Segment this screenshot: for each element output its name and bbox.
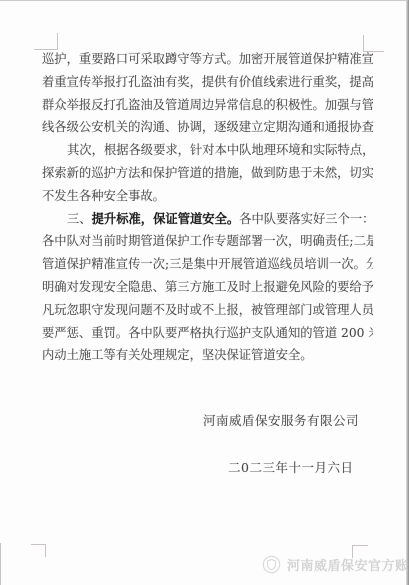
body-text-line: 群众举报反打孔盗油及管道周边异常信息的积极性。加强与管道沿	[42, 94, 373, 117]
signature-date: 二0二三年十一月六日	[228, 458, 353, 476]
signature-company: 河南威盾保安服务有限公司	[203, 411, 359, 429]
page-edge-top	[0, 0, 409, 1]
section-heading-rest: 各中队要落实好三个一：一是	[239, 212, 373, 226]
shield-logo-icon	[262, 555, 281, 574]
document-body: 巡护，重要路口可采取蹲守等方式。加密开展管道保护精准宣传， 着重宣传举报打孔盗油…	[42, 48, 373, 367]
body-text-line: 着重宣传举报打孔盗油有奖，提供有价值线索进行重奖，提高沿线	[42, 71, 373, 94]
official-account-watermark: 河南威盾保安官方账号	[262, 555, 409, 574]
section-heading-bold: 提升标准，保证管道安全。	[92, 212, 240, 226]
body-text-line: 不发生各种安全事故。	[42, 185, 373, 208]
body-text-line: 内动土施工等有关处理规定，坚决保证管道安全。	[42, 344, 373, 367]
body-text-line: 线各级公安机关的沟通、协调，逐级建立定期沟通和通报协查机制。	[42, 116, 373, 139]
body-text-line: 明确对发现安全隐患、第三方施工及时上报避免风险的要给予重奖，	[42, 276, 373, 299]
section-heading-line: 三、提升标准，保证管道安全。各中队要落实好三个一：一是	[42, 208, 373, 231]
body-text-line: 其次，根据各级要求，针对本中队地理环境和实际特点，积极	[42, 139, 373, 162]
corner-mark-bottom-left	[31, 544, 46, 557]
body-text-line: 探索新的巡护方法和保护管道的措施，做到防患于未然，切实保证	[42, 162, 373, 185]
body-text-line: 管道保护精准宣传一次;三是集中开展管道巡线员培训一次。分公司	[42, 253, 373, 276]
body-text-line: 巡护，重要路口可采取蹲守等方式。加密开展管道保护精准宣传，	[42, 48, 373, 71]
body-text-line: 要严惩、重罚。各中队要严格执行巡护支队通知的管道 200 米范围	[42, 322, 373, 345]
document-page: 巡护，重要路口可采取蹲守等方式。加密开展管道保护精准宣传， 着重宣传举报打孔盗油…	[0, 0, 409, 585]
body-text-line: 凡玩忽职守发现问题不及时或不上报，被管理部门或管理人员发现	[42, 299, 373, 322]
watermark-text: 河南威盾保安官方账号	[287, 555, 409, 574]
body-text-line: 各中队对当前时期管道保护工作专题部署一次，明确责任;二是开展	[42, 230, 373, 253]
section-number: 三、	[67, 212, 92, 226]
page-edge-left	[0, 543, 1, 585]
